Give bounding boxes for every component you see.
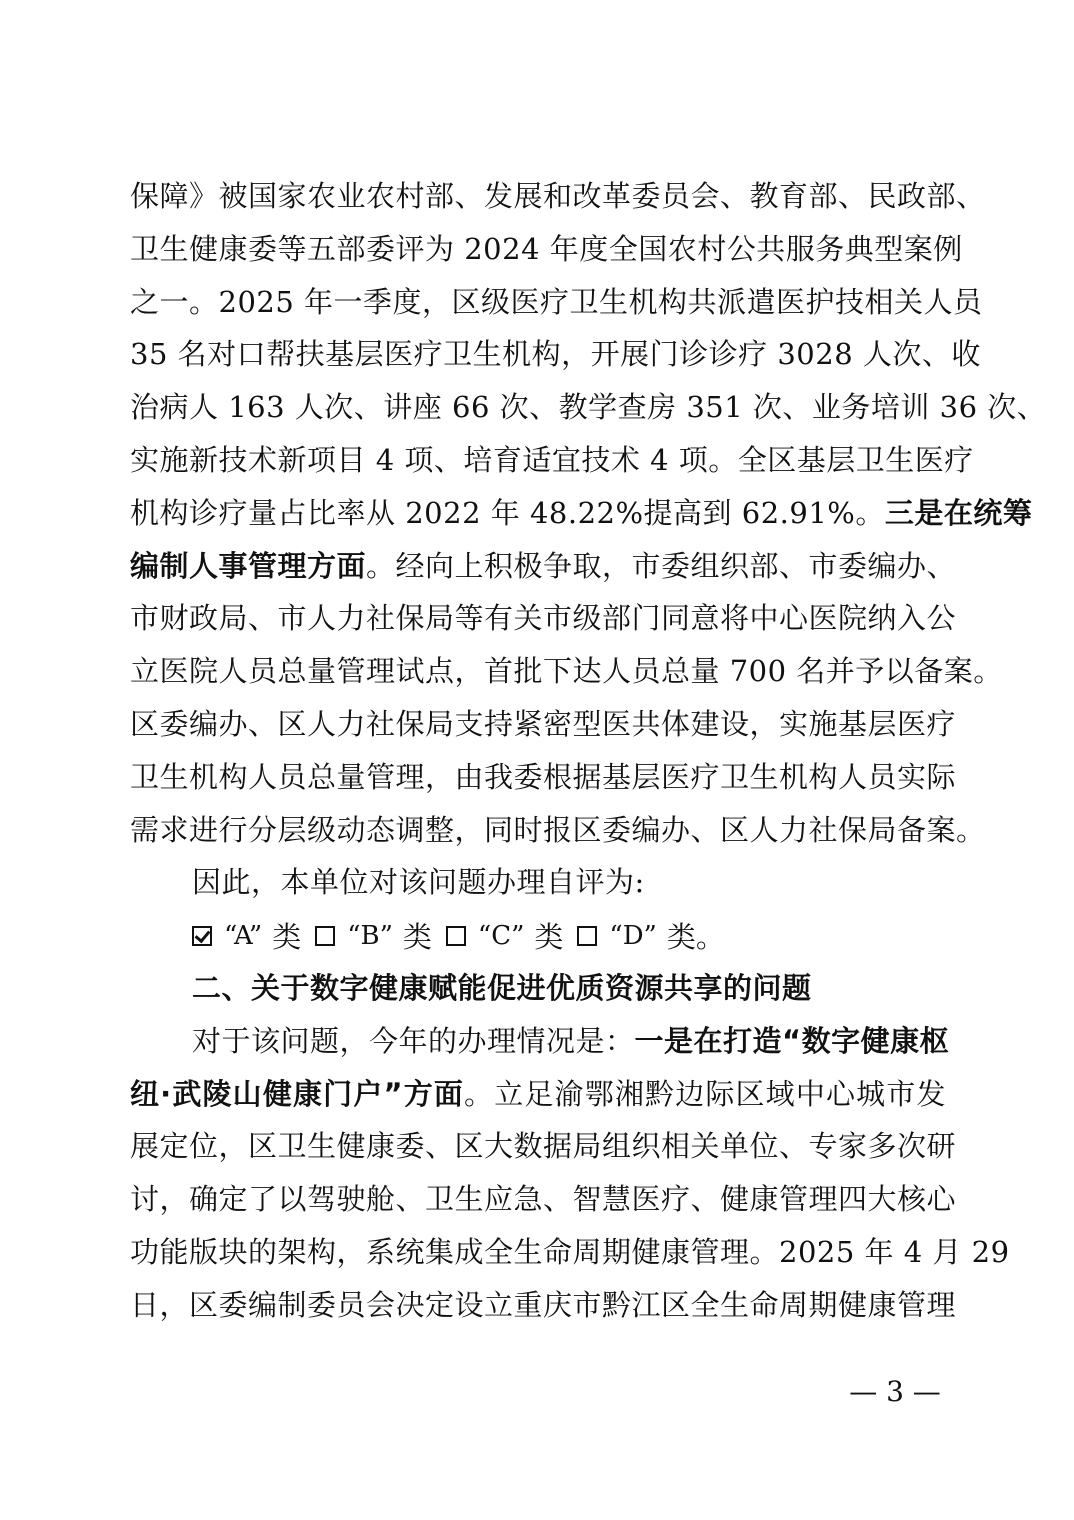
text-line: 卫生机构人员总量管理，由我委根据基层医疗卫生机构人员实际: [130, 751, 946, 804]
emphasis-text: 三是在统筹: [885, 496, 1033, 530]
rating-suffix: 类: [403, 915, 432, 956]
text-line: 对于该问题，今年的办理情况是：一是在打造“数字健康枢: [130, 1015, 946, 1068]
text-segment: 。立足渝鄂湘黔边际区域中心城市发: [464, 1077, 946, 1111]
rating-suffix: 类: [534, 915, 563, 956]
text-line: 实施新技术新项目 4 项、培育适宜技术 4 项。全区基层卫生医疗: [130, 434, 946, 487]
rating-option-c[interactable]: “C” 类: [446, 915, 564, 956]
text-segment: 。经向上积极争取，市委组织部、市委编办、: [366, 549, 956, 583]
page-number: — 3 —: [840, 1372, 950, 1412]
rating-label: “A”: [224, 921, 262, 951]
self-rating-prompt: 因此，本单位对该问题办理自评为:: [130, 856, 946, 909]
emphasis-text: 纽·武陵山健康门户”方面: [130, 1077, 464, 1111]
rating-option-d[interactable]: “D” 类。: [577, 915, 724, 956]
text-line: 治病人 163 人次、讲座 66 次、教学查房 351 次、业务培训 36 次、: [130, 381, 946, 434]
text-line: 纽·武陵山健康门户”方面。立足渝鄂湘黔边际区域中心城市发: [130, 1068, 946, 1121]
text-line: 编制人事管理方面。经向上积极争取，市委组织部、市委编办、: [130, 540, 946, 593]
text-segment: 对于该问题，今年的办理情况是：: [192, 1024, 635, 1058]
emphasis-text: 编制人事管理方面: [130, 549, 366, 583]
text-line: 卫生健康委等五部委评为 2024 年度全国农村公共服务典型案例: [130, 223, 946, 276]
self-rating-options: “A” 类 “B” 类 “C” 类 “D” 类。: [130, 909, 946, 962]
section-heading: 二、关于数字健康赋能促进优质资源共享的问题: [130, 962, 946, 1015]
text-line: 35 名对口帮扶基层医疗卫生机构，开展门诊诊疗 3028 人次、收: [130, 328, 946, 381]
rating-suffix: 类。: [667, 915, 725, 956]
emphasis-text: 一是在打造“数字健康枢: [635, 1024, 950, 1058]
text-line: 功能版块的架构，系统集成全生命周期健康管理。2025 年 4 月 29: [130, 1226, 946, 1279]
checked-box-icon[interactable]: [192, 926, 212, 946]
text-line: 日，区委编制委员会决定设立重庆市黔江区全生命周期健康管理: [130, 1279, 946, 1332]
text-line: 需求进行分层级动态调整，同时报区委编办、区人力社保局备案。: [130, 804, 946, 857]
rating-label: “D”: [609, 921, 656, 951]
document-page-body: 保障》被国家农业农村部、发展和改革委员会、教育部、民政部、 卫生健康委等五部委评…: [130, 170, 946, 1332]
empty-box-icon[interactable]: [446, 926, 466, 946]
text-line: 立医院人员总量管理试点，首批下达人员总量 700 名并予以备案。: [130, 645, 946, 698]
text-line: 机构诊疗量占比率从 2022 年 48.22%提高到 62.91%。三是在统筹: [130, 487, 946, 540]
text-line: 保障》被国家农业农村部、发展和改革委员会、教育部、民政部、: [130, 170, 946, 223]
rating-option-b[interactable]: “B” 类: [315, 915, 432, 956]
text-segment: 机构诊疗量占比率从 2022 年 48.22%提高到 62.91%。: [130, 496, 885, 530]
rating-suffix: 类: [272, 915, 301, 956]
empty-box-icon[interactable]: [315, 926, 335, 946]
text-line: 区委编办、区人力社保局支持紧密型医共体建设，实施基层医疗: [130, 698, 946, 751]
text-line: 讨，确定了以驾驶舱、卫生应急、智慧医疗、健康管理四大核心: [130, 1173, 946, 1226]
rating-label: “C”: [478, 921, 524, 951]
text-line: 之一。2025 年一季度，区级医疗卫生机构共派遣医护技相关人员: [130, 276, 946, 329]
text-line: 市财政局、市人力社保局等有关市级部门同意将中心医院纳入公: [130, 592, 946, 645]
rating-label: “B”: [347, 921, 393, 951]
empty-box-icon[interactable]: [577, 926, 597, 946]
text-line: 展定位，区卫生健康委、区大数据局组织相关单位、专家多次研: [130, 1120, 946, 1173]
rating-option-a[interactable]: “A” 类: [192, 915, 301, 956]
